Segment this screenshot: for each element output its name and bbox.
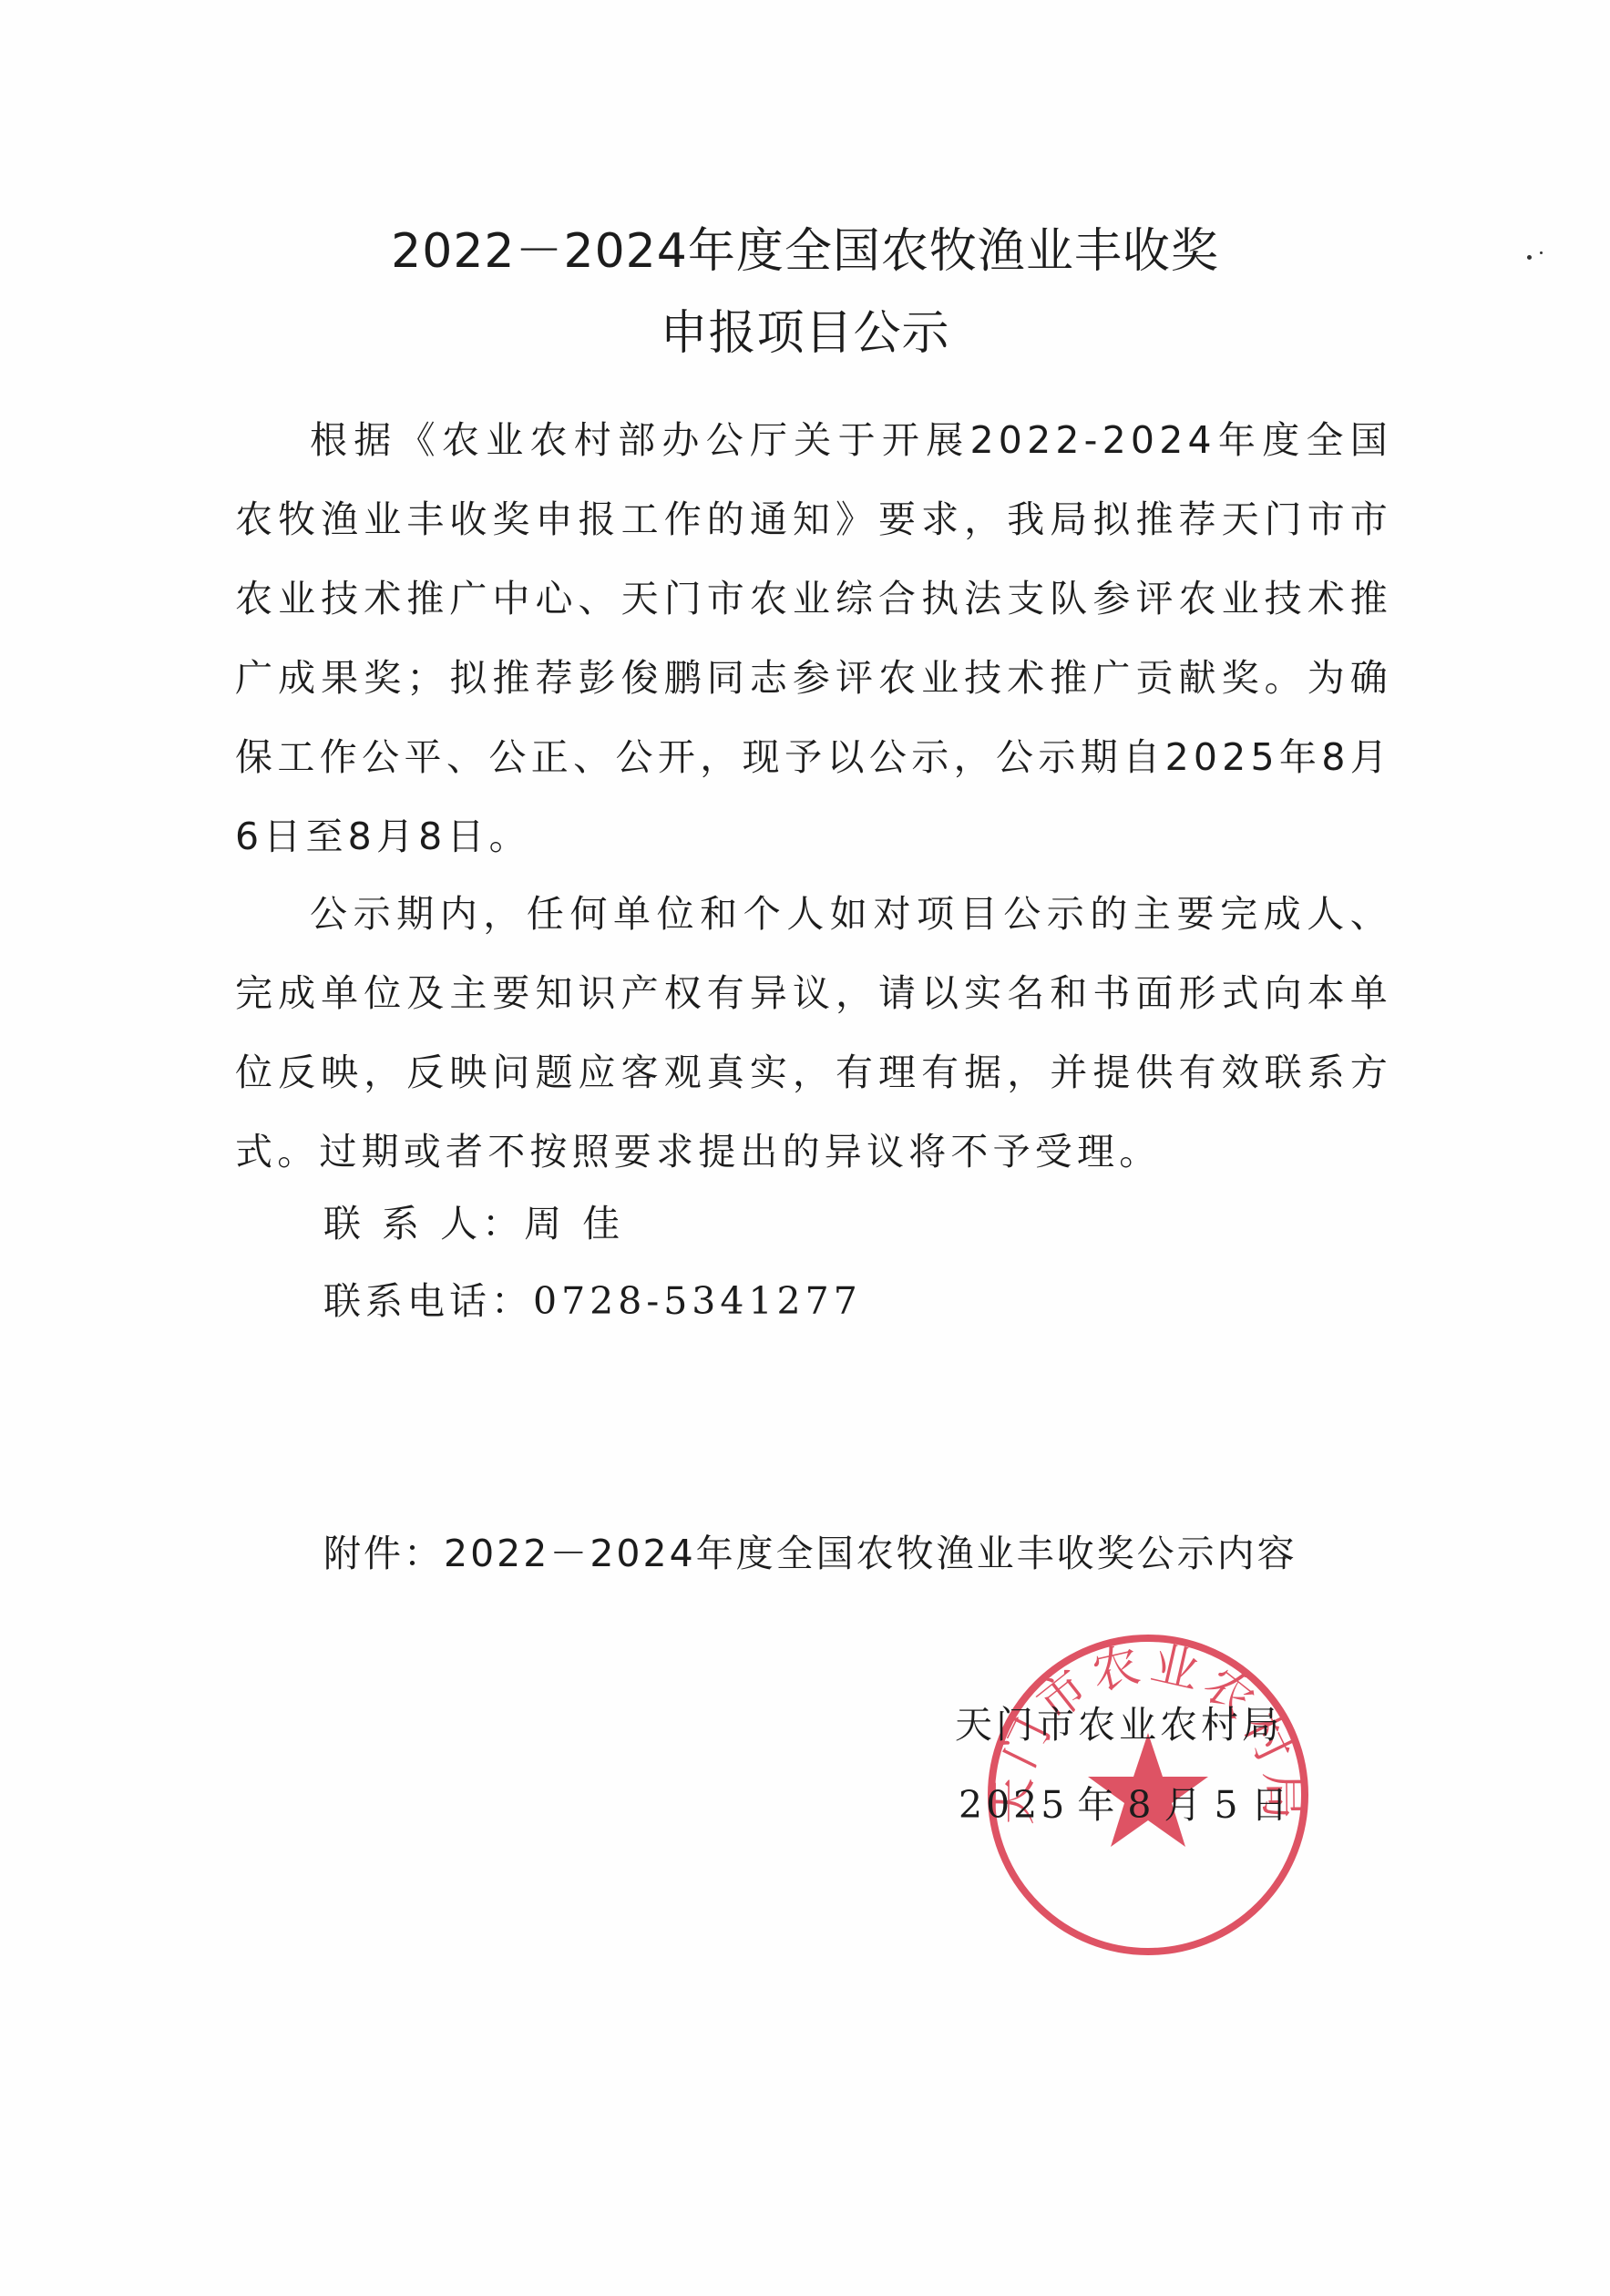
contact-person-label: 联 系 人： [323, 1202, 524, 1245]
document-title-line-1: 2022－2024年度全国农牧渔业丰收奖 [0, 228, 1610, 275]
paragraph-text: 公示期内，任何单位和个人如对项目公示的主要完成人、完成单位及主要知识产权有异议，… [235, 875, 1392, 1192]
date-day-unit: 日 [1251, 1783, 1292, 1827]
contact-phone: 联系电话：0728-5341277 [323, 1271, 862, 1325]
scan-speck [1540, 251, 1543, 254]
contact-person: 联 系 人：周 佳 [323, 1194, 624, 1247]
date-year-unit: 年 [1077, 1783, 1118, 1827]
document-page: 2022－2024年度全国农牧渔业丰收奖 申报项目公示 根据《农业农村部办公厅关… [0, 0, 1610, 2296]
body-paragraph-2: 公示期内，任何单位和个人如对项目公示的主要完成人、完成单位及主要知识产权有异议，… [235, 875, 1392, 1192]
paragraph-text: 根据《农业农村部办公厅关于开展2022-2024年度全国农牧渔业丰收奖申报工作的… [235, 401, 1392, 876]
contact-person-value: 周 佳 [524, 1202, 624, 1245]
contact-phone-label: 联系电话： [323, 1279, 533, 1323]
document-title-line-2: 申报项目公示 [0, 310, 1610, 357]
date-year: 2025 [959, 1783, 1068, 1827]
issuer-name: 天门市农业农村局 [955, 1695, 1283, 1748]
scan-speck [1527, 255, 1532, 260]
date-month-unit: 月 [1164, 1783, 1205, 1827]
attachment-note: 附件：2022－2024年度全国农牧渔业丰收奖公示内容 [323, 1523, 1297, 1577]
body-paragraph-1: 根据《农业农村部办公厅关于开展2022-2024年度全国农牧渔业丰收奖申报工作的… [235, 401, 1392, 876]
date-month: 8 [1127, 1783, 1154, 1827]
issue-date: 2025年8月5日 [959, 1775, 1301, 1829]
contact-phone-value: 0728-5341277 [533, 1279, 862, 1323]
date-day: 5 [1214, 1783, 1241, 1827]
